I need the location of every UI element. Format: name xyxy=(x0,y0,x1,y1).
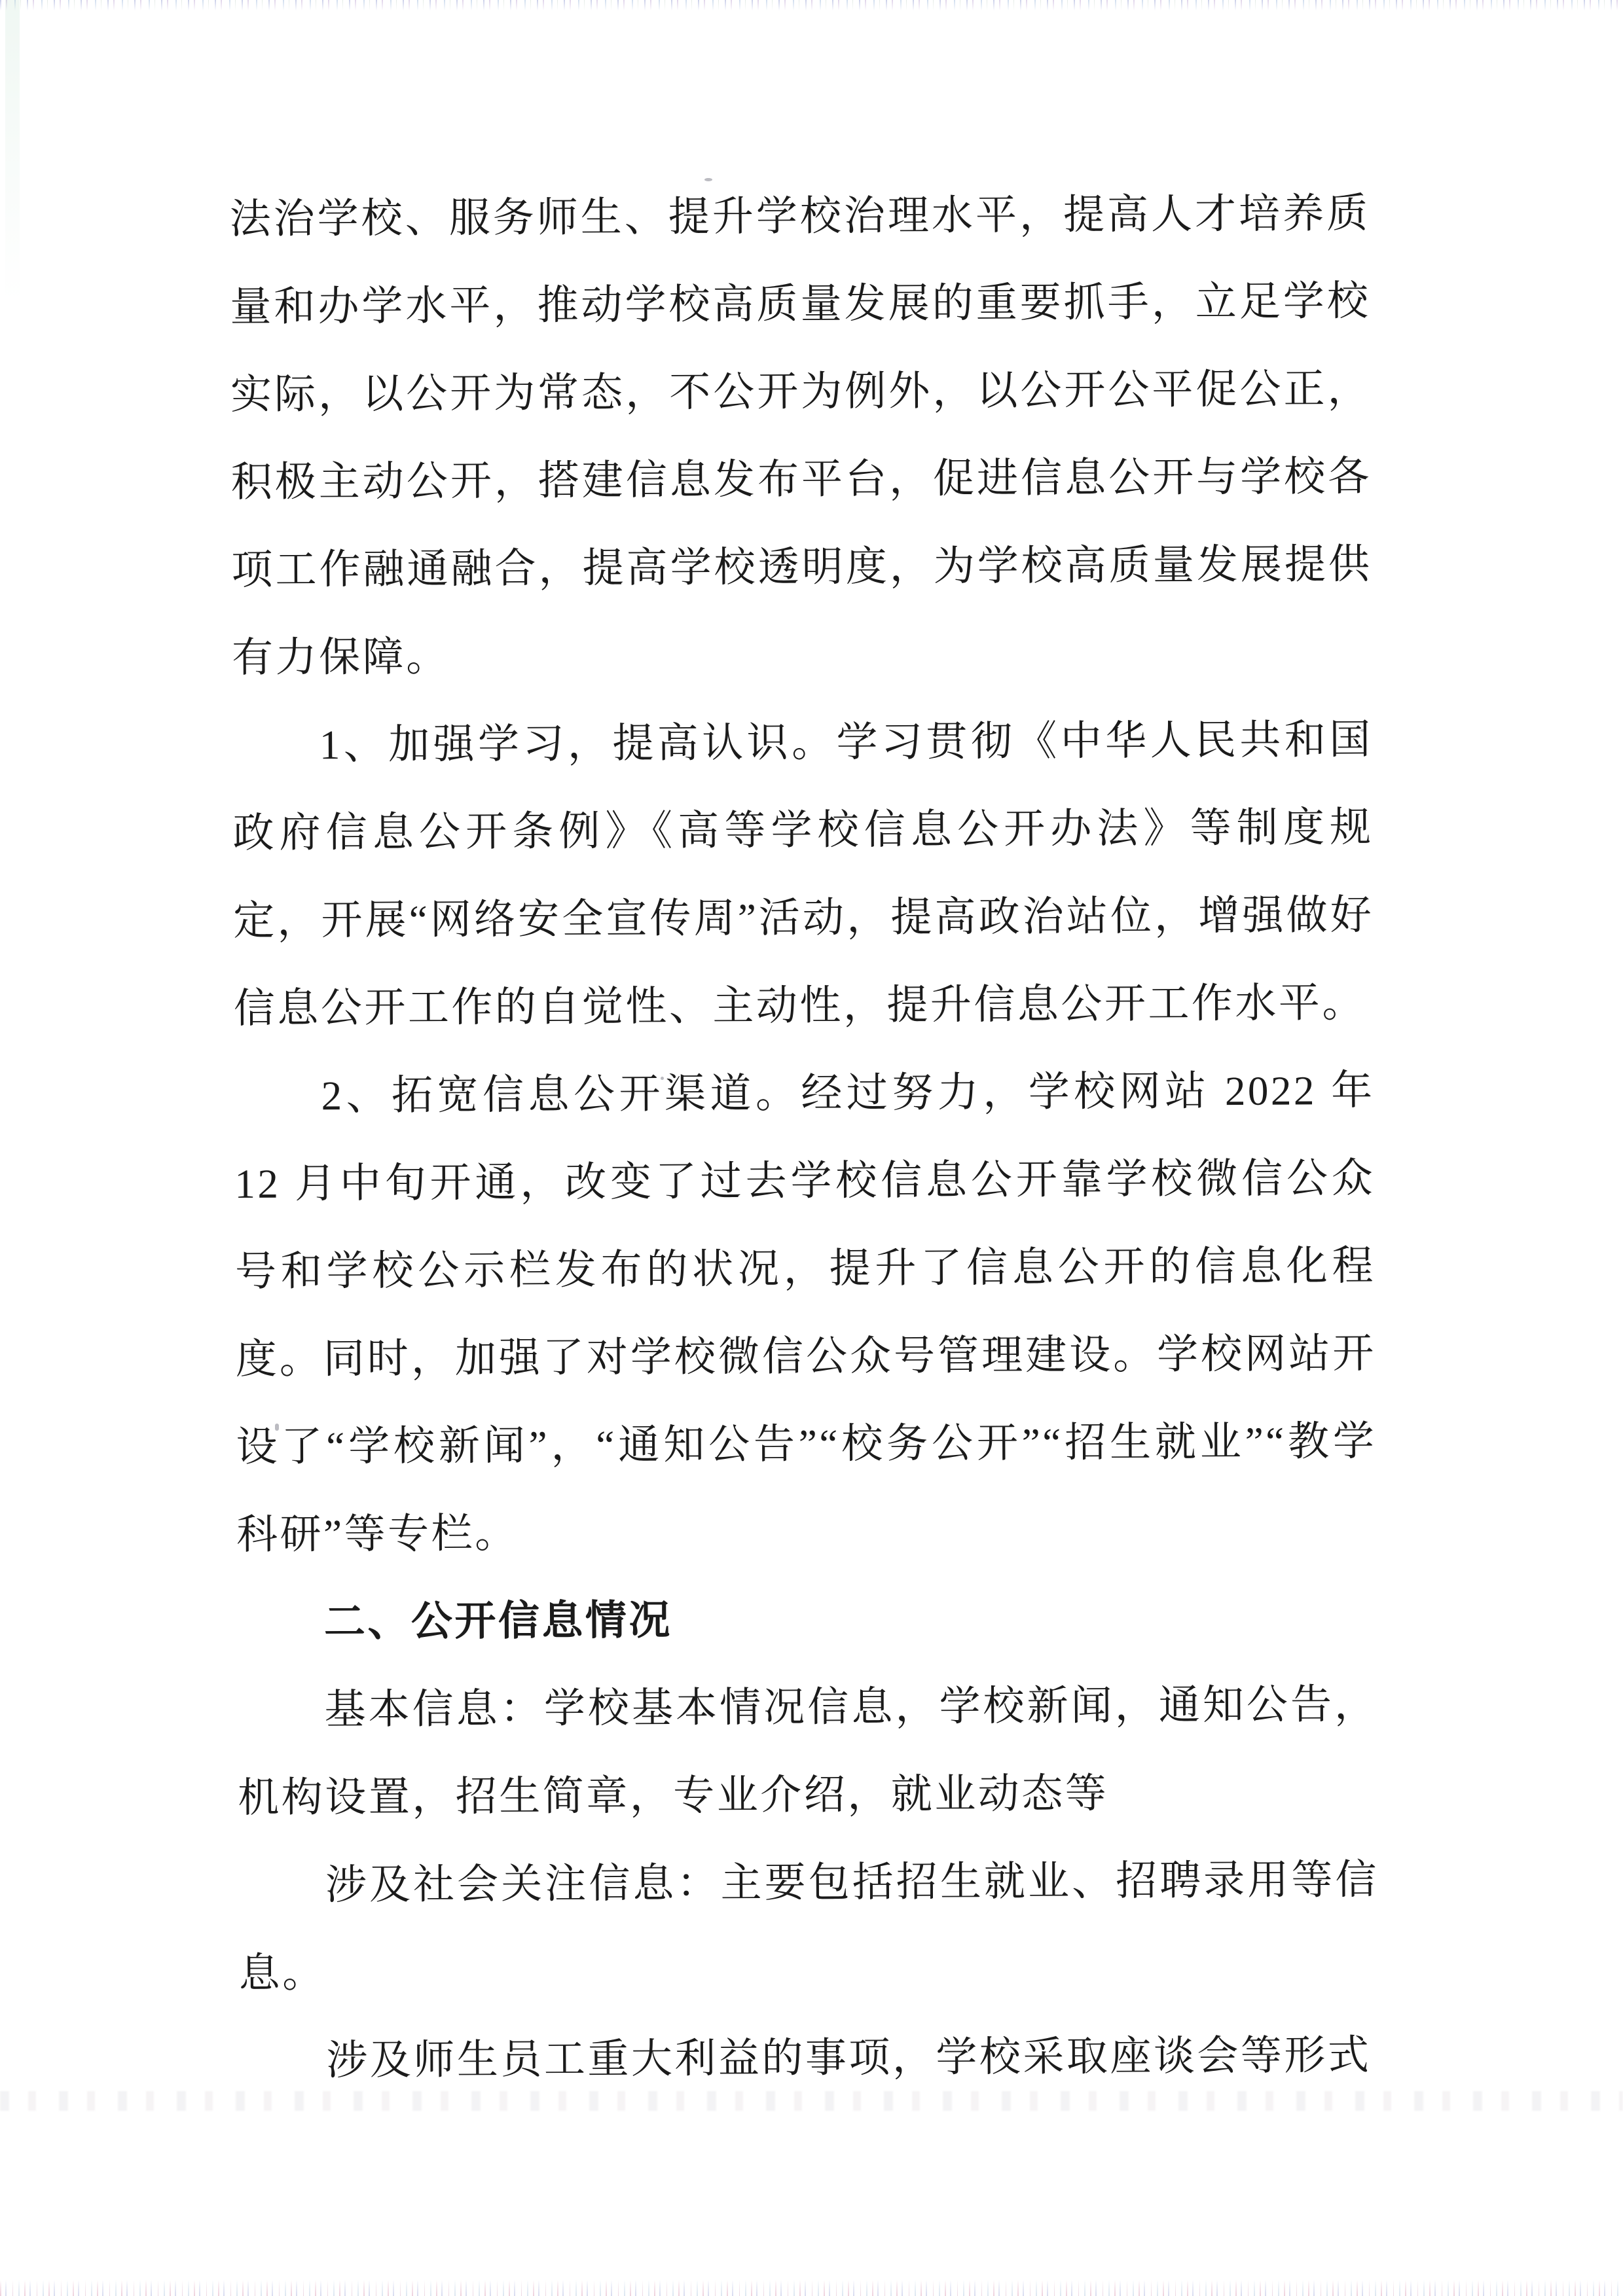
paragraph: 基本信息：学校基本情况信息，学校新闻，通知公告，机构设置，招生简章，专业介绍，就… xyxy=(237,1660,1378,1842)
scanned-page: 法治学校、服务师生、提升学校治理水平，提高人才培养质量和办学水平，推动学校高质量… xyxy=(0,0,1623,2296)
scan-noise-top-edge xyxy=(0,0,1623,10)
paragraph: 涉及社会关注信息：主要包括招生就业、招聘录用等信息。 xyxy=(238,1836,1379,2017)
section-heading: 二、公开信息情况 xyxy=(237,1573,1378,1666)
paragraph: 法治学校、服务师生、提升学校治理水平，提高人才培养质量和办学水平，推动学校高质量… xyxy=(229,170,1372,702)
scan-noise-left-edge xyxy=(5,0,20,301)
paragraph: 1、加强学习，提高认识。学习贯彻《中华人民共和国政府信息公开条例》《高等学校信息… xyxy=(232,696,1374,1052)
paragraph: 2、拓宽信息公开渠道。经过努力，学校网站 2022 年 12 月中旬开通，改变了… xyxy=(234,1047,1377,1579)
paragraph: 涉及师生员工重大利益的事项，学校采取座谈会等形式 xyxy=(239,2011,1380,2105)
scan-noise-bottom-edge xyxy=(0,2280,1623,2296)
document-text: 法治学校、服务师生、提升学校治理水平，提高人才培养质量和办学水平，推动学校高质量… xyxy=(229,170,1379,2105)
